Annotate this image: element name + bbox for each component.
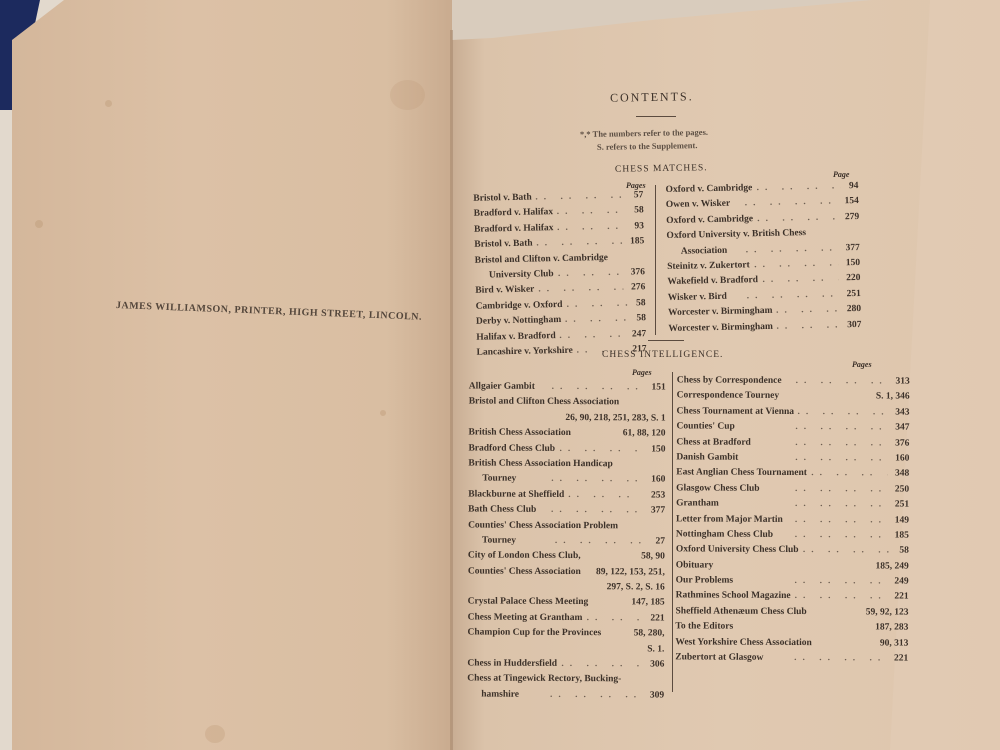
leader-dots: .. .. .. .. — [795, 420, 887, 436]
toc-entry: Grantham.. .. .. ..251 — [676, 497, 909, 514]
toc-entry: hamshire.. .. .. ..309 — [467, 687, 664, 703]
leader-dots: .. .. .. .. — [757, 210, 837, 227]
toc-entry: British Chess Association61, 88, 120 — [469, 426, 666, 442]
entry-page-number: 58 — [636, 311, 646, 327]
leader-dots: .. .. .. .. — [794, 651, 886, 667]
leader-dots: .. .. .. .. — [552, 380, 644, 396]
leader-dots: .. .. .. .. — [568, 488, 643, 504]
leader-dots: .. .. .. .. — [795, 497, 887, 513]
entry-title: Sheffield Athenæum Chess Club — [675, 604, 806, 620]
entry-page-number: 185, 249 — [875, 559, 908, 575]
entry-title: Bath Chess Club — [468, 503, 536, 519]
entry-page-number: 154 — [844, 194, 859, 210]
entry-page-number: 313 — [895, 375, 909, 390]
toc-entry: Bristol and Clifton Chess Association — [469, 395, 666, 411]
entry-title: Chess Tournament at Vienna — [677, 404, 795, 420]
toc-entry: S. 1. — [467, 641, 664, 657]
entry-page-number: 280 — [847, 302, 862, 318]
leader-dots: .. .. .. .. — [565, 312, 628, 329]
entry-title: Counties' Chess Association — [468, 564, 581, 580]
toc-entry: Oxford University Chess Club.. .. .. ..5… — [676, 543, 909, 560]
entry-page-number: 59, 92, 123 — [866, 605, 909, 621]
column-label: Pages — [632, 368, 652, 377]
toc-entry: Zubertort at Glasgow.. .. .. ..221 — [675, 650, 908, 667]
entry-page-number: 61, 88, 120 — [623, 426, 666, 442]
section-heading-chess-intelligence: CHESS INTELLIGENCE. — [602, 350, 723, 360]
entry-page-number: 253 — [651, 488, 665, 503]
toc-entry: Glasgow Chess Club.. .. .. ..250 — [676, 481, 909, 498]
leader-dots: .. .. .. .. — [557, 219, 626, 236]
entry-title: British Chess Association Handicap — [468, 456, 612, 472]
entry-page-number: 89, 122, 153, 251, — [596, 565, 665, 581]
left-page — [12, 0, 452, 750]
leader-dots: .. .. .. .. — [776, 318, 839, 335]
entry-page-number: 249 — [894, 575, 908, 590]
chess-matches-left-list: Bristol v. Bath.. .. .. ..57Bradford v. … — [473, 188, 647, 361]
leader-dots: .. .. .. .. — [795, 482, 887, 498]
foxing-spot — [390, 80, 425, 110]
entry-title: Danish Gambit — [676, 450, 738, 466]
leader-dots: .. .. .. .. — [795, 574, 887, 590]
toc-entry: Counties' Cup.. .. .. ..347 — [676, 420, 909, 437]
toc-entry: Bradford Chess Club.. .. .. ..150 — [468, 441, 665, 457]
chess-matches-right-list: Oxford v. Cambridge.. .. .. ..94Owen v. … — [665, 179, 861, 337]
toc-entry: 297, S. 2, S. 16 — [468, 580, 665, 596]
leader-dots: .. .. .. .. — [555, 534, 647, 550]
entry-title: Rathmines School Magazine — [676, 589, 791, 605]
leader-dots: .. .. .. .. — [558, 266, 623, 283]
entry-page-number: 90, 313 — [880, 636, 909, 652]
toc-entry: Champion Cup for the Provinces58, 280, — [467, 626, 664, 642]
entry-title: Wisker v. Bird — [668, 290, 727, 307]
entry-title: Obituary — [676, 558, 714, 574]
leader-dots: .. .. .. .. — [756, 179, 840, 196]
column-label: Page — [833, 170, 849, 179]
entry-page-number: 94 — [849, 179, 859, 195]
leader-dots: .. .. .. .. — [795, 589, 887, 605]
leader-dots: .. .. .. .. — [566, 296, 627, 313]
entry-title: Glasgow Chess Club — [676, 481, 760, 497]
toc-entry: Chess in Huddersfield.. .. .. ..306 — [467, 657, 664, 673]
entry-title: Oxford v. Cambridge — [666, 212, 753, 229]
toc-entry: Chess Meeting at Grantham.. .. .. ..221 — [468, 610, 665, 626]
foxing-spot — [205, 725, 225, 743]
foxing-spot — [105, 100, 112, 107]
toc-entry: West Yorkshire Chess Association90, 313 — [675, 635, 908, 652]
leader-dots: .. .. .. .. — [559, 442, 643, 458]
toc-entry: Counties' Chess Association Problem — [468, 518, 665, 534]
entry-title: Tourney — [482, 472, 516, 488]
toc-entry: Letter from Major Martin.. .. .. ..149 — [676, 512, 909, 529]
entry-title: Grantham — [676, 497, 719, 513]
toc-entry: Counties' Chess Association89, 122, 153,… — [468, 564, 665, 580]
entry-title: Counties' Cup — [676, 420, 734, 436]
leader-dots: .. .. .. .. — [538, 281, 623, 298]
leader-dots: .. .. .. .. — [754, 256, 838, 273]
column-divider — [655, 185, 656, 335]
entry-page-number: 160 — [651, 473, 665, 488]
entry-page-number: 251 — [895, 498, 909, 513]
toc-entry: City of London Chess Club,58, 90 — [468, 549, 665, 565]
title-divider — [636, 116, 676, 117]
entry-page-number: 185 — [630, 234, 645, 250]
leader-dots: .. .. .. .. — [803, 543, 891, 559]
toc-entry: Obituary185, 249 — [676, 558, 909, 575]
leader-dots: .. .. .. .. — [550, 688, 642, 704]
entry-title: Our Problems — [676, 573, 734, 589]
leader-dots: .. .. .. .. — [551, 503, 643, 519]
entry-title: Bradford Chess Club — [468, 441, 555, 457]
entry-title: Bradford v. Halifax — [474, 206, 554, 223]
leader-dots: .. .. .. .. — [798, 405, 888, 421]
foxing-spot — [380, 410, 386, 416]
entry-title: East Anglian Chess Tournament — [676, 466, 807, 482]
book-spine — [450, 30, 453, 750]
entry-page-number: 347 — [895, 421, 909, 436]
entry-page-number: 377 — [845, 241, 860, 257]
entry-page-number: 251 — [846, 287, 861, 303]
entry-page-number: 276 — [631, 281, 646, 297]
entry-page-number: 150 — [846, 256, 861, 272]
entry-title: Nottingham Chess Club — [676, 527, 773, 543]
entry-page-number: 376 — [631, 265, 646, 281]
entry-title: Oxford v. Cambridge — [665, 181, 752, 198]
chess-intelligence-left-list: Allgaier Gambit.. .. .. ..151Bristol and… — [467, 379, 666, 703]
entry-page-number: 377 — [651, 504, 665, 519]
toc-entry: Our Problems.. .. .. ..249 — [676, 573, 909, 590]
entry-title: Zubertort at Glasgow — [675, 650, 763, 666]
entry-page-number: 220 — [846, 271, 861, 287]
entry-title: Tourney — [482, 533, 516, 549]
entry-title: Worcester v. Birmingham — [668, 319, 773, 337]
leader-dots: .. .. .. .. — [559, 327, 624, 344]
entry-page-number: 149 — [895, 513, 909, 528]
entry-title: Bristol v. Bath — [474, 237, 533, 254]
entry-page-number: S. 1, 346 — [876, 390, 910, 406]
toc-entry: Chess at Bradford.. .. .. ..376 — [676, 435, 909, 452]
entry-title: Chess by Correspondence — [677, 373, 782, 389]
entry-page-number: 58, 90 — [641, 550, 665, 566]
toc-entry: East Anglian Chess Tournament.. .. .. ..… — [676, 466, 909, 483]
entry-page-number: 348 — [895, 467, 909, 482]
page-title: CONTENTS. — [610, 89, 694, 105]
entry-title: West Yorkshire Chess Association — [675, 635, 812, 651]
toc-entry: Crystal Palace Chess Meeting147, 185 — [468, 595, 665, 611]
entry-title: City of London Chess Club, — [468, 549, 581, 565]
entry-page-number: 151 — [652, 380, 666, 395]
entry-page-number: 150 — [651, 442, 665, 457]
toc-entry: Nottingham Chess Club.. .. .. ..185 — [676, 527, 909, 544]
entry-page-number: 343 — [895, 405, 909, 420]
entry-page-number: 221 — [650, 611, 664, 626]
entry-page-number: 307 — [847, 317, 862, 333]
leader-dots: .. .. .. .. — [795, 436, 887, 452]
leader-dots: .. .. .. .. — [776, 303, 839, 320]
leader-dots: .. .. .. .. — [551, 472, 643, 488]
entry-title: Crystal Palace Chess Meeting — [468, 595, 589, 611]
foxing-spot — [35, 220, 43, 228]
toc-entry: Chess Tournament at Vienna.. .. .. ..343 — [677, 404, 910, 421]
entry-title: Correspondence Tourney — [677, 389, 780, 405]
toc-entry: Blackburne at Sheffield.. .. .. ..253 — [468, 487, 665, 503]
chess-intelligence-right-list: Chess by Correspondence.. .. .. ..313Cor… — [675, 373, 910, 667]
entry-title: Allgaier Gambit — [469, 379, 535, 395]
entry-title: Bird v. Wisker — [475, 283, 534, 300]
entry-page-number: 93 — [634, 219, 644, 235]
leader-dots: .. .. .. .. — [561, 657, 642, 673]
entry-page-number: 250 — [895, 482, 909, 497]
entry-page-number: 297, S. 2, S. 16 — [607, 580, 665, 596]
leader-dots: .. .. .. .. — [795, 513, 887, 529]
entry-page-number: 58 — [636, 296, 646, 312]
leader-dots: .. .. .. .. — [536, 235, 622, 252]
entry-page-number: 58 — [899, 544, 909, 559]
entry-title: British Chess Association — [469, 426, 571, 442]
toc-entry: Bath Chess Club.. .. .. ..377 — [468, 503, 665, 519]
entry-title: Association — [681, 243, 728, 259]
leader-dots: .. .. .. .. — [557, 204, 626, 221]
entry-page-number: 185 — [895, 528, 909, 543]
column-divider — [672, 372, 673, 692]
entry-title: Halifax v. Bradford — [476, 329, 556, 346]
entry-title: Derby v. Nottingham — [476, 313, 562, 330]
entry-page-number: 187, 283 — [875, 621, 908, 637]
entry-page-number: 58 — [634, 204, 644, 220]
section-divider — [648, 340, 684, 341]
entry-title: hamshire — [481, 687, 519, 703]
entry-title: To the Editors — [675, 620, 733, 636]
toc-entry: Correspondence TourneyS. 1, 346 — [677, 389, 910, 406]
entry-title: Chess at Bradford — [676, 435, 751, 451]
toc-entry: British Chess Association Handicap — [468, 456, 665, 472]
toc-entry: 26, 90, 218, 251, 283, S. 1 — [469, 410, 666, 426]
entry-title: Cambridge v. Oxford — [476, 298, 563, 315]
leader-dots: .. .. .. .. — [811, 466, 887, 482]
entry-page-number: 221 — [894, 590, 908, 605]
toc-entry: To the Editors187, 283 — [675, 620, 908, 637]
entry-page-number: 309 — [650, 688, 664, 703]
entry-title: Chess Meeting at Grantham — [468, 610, 583, 626]
entry-title: Owen v. Wisker — [666, 197, 731, 214]
entry-page-number: 26, 90, 218, 251, 283, S. 1 — [565, 411, 665, 427]
entry-title: Bristol and Clifton Chess Association — [469, 395, 620, 411]
toc-entry: Sheffield Athenæum Chess Club59, 92, 123 — [675, 604, 908, 621]
note-line-2: S. refers to the Supplement. — [597, 140, 698, 152]
entry-page-number: 247 — [632, 327, 647, 343]
entry-title: Blackburne at Sheffield — [468, 487, 564, 503]
toc-entry: Chess by Correspondence.. .. .. ..313 — [677, 373, 910, 390]
entry-page-number: 58, 280, — [634, 627, 665, 643]
entry-page-number: 221 — [894, 652, 908, 667]
entry-title: Bristol v. Bath — [473, 191, 532, 208]
entry-page-number: 160 — [895, 451, 909, 466]
entry-title: Bradford v. Halifax — [474, 221, 554, 238]
section-heading-chess-matches: CHESS MATCHES. — [615, 163, 708, 175]
toc-entry: Tourney.. .. .. ..160 — [468, 472, 665, 488]
toc-entry: Tourney.. .. .. ..27 — [468, 533, 665, 549]
entry-title: Counties' Chess Association Problem — [468, 518, 618, 534]
toc-entry: Chess at Tingewick Rectory, Bucking- — [467, 672, 664, 688]
entry-page-number: 376 — [895, 436, 909, 451]
entry-title: Chess in Huddersfield — [467, 657, 557, 673]
toc-entry: Rathmines School Magazine.. .. .. ..221 — [676, 589, 909, 606]
entry-page-number: S. 1. — [647, 642, 664, 657]
leader-dots: .. .. .. .. — [795, 528, 887, 544]
entry-page-number: 57 — [634, 188, 644, 204]
leader-dots: .. .. .. .. — [796, 374, 888, 390]
leader-dots: .. .. .. .. — [587, 611, 643, 627]
entry-title: Chess at Tingewick Rectory, Bucking- — [467, 672, 621, 688]
entry-title: Steinitz v. Zukertort — [667, 258, 750, 275]
leader-dots: .. .. .. .. — [795, 451, 887, 467]
entry-title: Oxford University Chess Club — [676, 543, 799, 559]
toc-entry: Allgaier Gambit.. .. .. ..151 — [469, 379, 666, 395]
entry-page-number: 147, 185 — [631, 596, 664, 612]
column-label: Pages — [852, 360, 872, 369]
entry-title: Champion Cup for the Provinces — [467, 626, 601, 642]
entry-title: Letter from Major Martin — [676, 512, 783, 528]
entry-page-number: 279 — [845, 210, 860, 226]
leader-dots: .. .. .. .. — [762, 272, 838, 289]
entry-title: Lancashire v. Yorkshire — [476, 344, 572, 361]
entry-page-number: 27 — [655, 534, 665, 549]
entry-title: University Club — [489, 267, 554, 284]
toc-entry: Danish Gambit.. .. .. ..160 — [676, 450, 909, 467]
entry-page-number: 306 — [650, 657, 664, 672]
